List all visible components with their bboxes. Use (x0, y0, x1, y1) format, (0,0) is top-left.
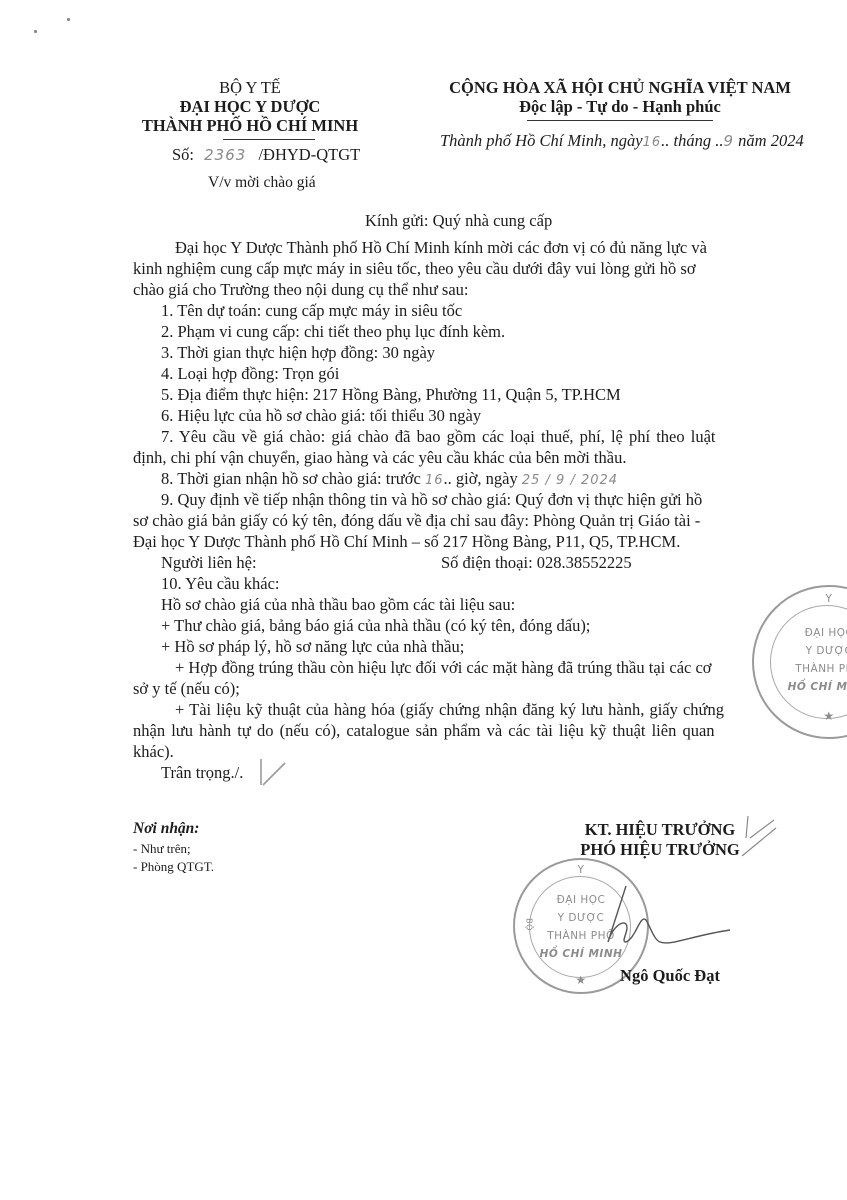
doc-item: + Hồ sơ pháp lý, hồ sơ năng lực của nhà … (161, 637, 464, 657)
initials-mark-icon (255, 755, 295, 795)
date-prefix: Thành phố Hồ Chí Minh, ngày (440, 131, 643, 150)
deadline-date: 25 / 9 / 2024 (522, 473, 618, 488)
date-day: 16 (643, 135, 662, 150)
list-item: 2. Phạm vi cung cấp: chi tiết theo phụ l… (161, 322, 505, 342)
subject-line: V/v mời chào giá (208, 174, 316, 192)
intro-line: Đại học Y Dược Thành phố Hồ Chí Minh kín… (175, 238, 707, 258)
number-label: Số: (172, 145, 194, 164)
document-number: Số: 2363 /ĐHYD-QTGT (172, 145, 360, 165)
list-item: 4. Loại hợp đồng: Trọn gói (161, 364, 339, 384)
number-suffix: /ĐHYD-QTGT (258, 145, 360, 164)
recipients-title: Nơi nhận: (133, 820, 199, 838)
date-month-label: tháng (674, 131, 712, 150)
deadline-hour-suffix: .. giờ, ngày (443, 469, 517, 488)
list-item: 1. Tên dự toán: cung cấp mực máy in siêu… (161, 301, 462, 321)
signature-scribble-icon (560, 880, 740, 970)
list-item-deadline: 8. Thời gian nhận hồ sơ chào giá: trước … (161, 469, 618, 489)
motto-underline (527, 120, 713, 121)
signature-title-line2: PHÓ HIỆU TRƯỞNG (560, 840, 760, 860)
date-month: 9 (723, 132, 734, 150)
recipient-item: - Như trên; (133, 841, 191, 857)
deadline-prefix: 8. Thời gian nhận hồ sơ chào giá: trước (161, 469, 421, 488)
margin-stamp-line: HỒ CHÍ MINH (754, 681, 847, 693)
margin-stamp-star-icon: ★ (754, 709, 847, 723)
recipient-item: - Phòng QTGT. (133, 859, 214, 875)
signature-check-icon (740, 812, 780, 862)
list-item: 6. Hiệu lực của hồ sơ chào giá: tối thiể… (161, 406, 481, 426)
deadline-hour: 16 (425, 473, 444, 488)
contact-phone: Số điện thoại: 028.38552225 (441, 553, 632, 573)
nation-title: CỘNG HÒA XÃ HỘI CHỦ NGHĨA VIỆT NAM (430, 78, 810, 98)
list-item: 3. Thời gian thực hiện hợp đồng: 30 ngày (161, 343, 435, 363)
list-item-continuation: Đại học Y Dược Thành phố Hồ Chí Minh – s… (133, 532, 680, 552)
doc-item-continuation: khác). (133, 742, 174, 762)
document-date: Thành phố Hồ Chí Minh, ngày16.. tháng ..… (440, 131, 804, 151)
contact-label: Người liên hệ: (161, 553, 257, 573)
intro-line: chào giá cho Trường theo nội dung cụ thể… (133, 280, 469, 300)
list-item: 5. Địa điểm thực hiện: 217 Hồng Bàng, Ph… (161, 385, 621, 405)
intro-line: kinh nghiệm cung cấp mực máy in siêu tốc… (133, 259, 696, 279)
margin-stamp-top-text: Y (754, 593, 847, 605)
ministry-name: BỘ Y TẾ (150, 78, 350, 98)
scan-speck (34, 30, 37, 33)
stamp-side-text: BỘ (525, 859, 534, 991)
doc-item: + Hợp đồng trúng thầu còn hiệu lực đối v… (175, 658, 712, 678)
list-item-continuation: sơ chào giá bản giấy có ký tên, đóng dấu… (133, 511, 700, 531)
number-handwritten: 2363 (204, 146, 246, 164)
university-name-line1: ĐẠI HỌC Y DƯỢC (130, 97, 370, 117)
nation-motto: Độc lập - Tự do - Hạnh phúc (430, 97, 810, 117)
docs-intro: Hồ sơ chào giá của nhà thầu bao gồm các … (161, 595, 515, 615)
signer-name: Ngô Quốc Đạt (590, 966, 750, 986)
signature-title-line1: KT. HIỆU TRƯỞNG (560, 820, 760, 840)
margin-stamp-line: THÀNH PHỐ (754, 663, 847, 675)
list-item-continuation: định, chi phí vận chuyển, giao hàng và c… (133, 448, 626, 468)
date-year: năm 2024 (738, 131, 804, 150)
doc-item-continuation: sở y tế (nếu có); (133, 679, 240, 699)
list-item: 10. Yêu cầu khác: (161, 574, 280, 594)
doc-item: + Thư chào giá, bảng báo giá của nhà thầ… (161, 616, 590, 636)
margin-stamp-line: Y DƯỢC (754, 645, 847, 657)
margin-stamp: Y ĐẠI HỌC Y DƯỢC THÀNH PHỐ HỒ CHÍ MINH ★ (752, 585, 847, 739)
stamp-top-text: Y (515, 864, 647, 876)
list-item: 9. Quy định về tiếp nhận thông tin và hồ… (161, 490, 702, 510)
salutation: Kính gửi: Quý nhà cung cấp (365, 211, 552, 231)
university-name-line2: THÀNH PHỐ HỒ CHÍ MINH (130, 116, 370, 136)
doc-item-continuation: nhận lưu hành tự do (nếu có), catalogue … (133, 721, 715, 741)
scan-speck (67, 18, 70, 21)
doc-item: + Tài liệu kỹ thuật của hàng hóa (giấy c… (175, 700, 724, 720)
closing: Trân trọng./. (161, 763, 243, 783)
margin-stamp-line: ĐẠI HỌC (754, 627, 847, 639)
header-underline (223, 139, 315, 140)
list-item: 7. Yêu cầu về giá chào: giá chào đã bao … (161, 427, 716, 447)
